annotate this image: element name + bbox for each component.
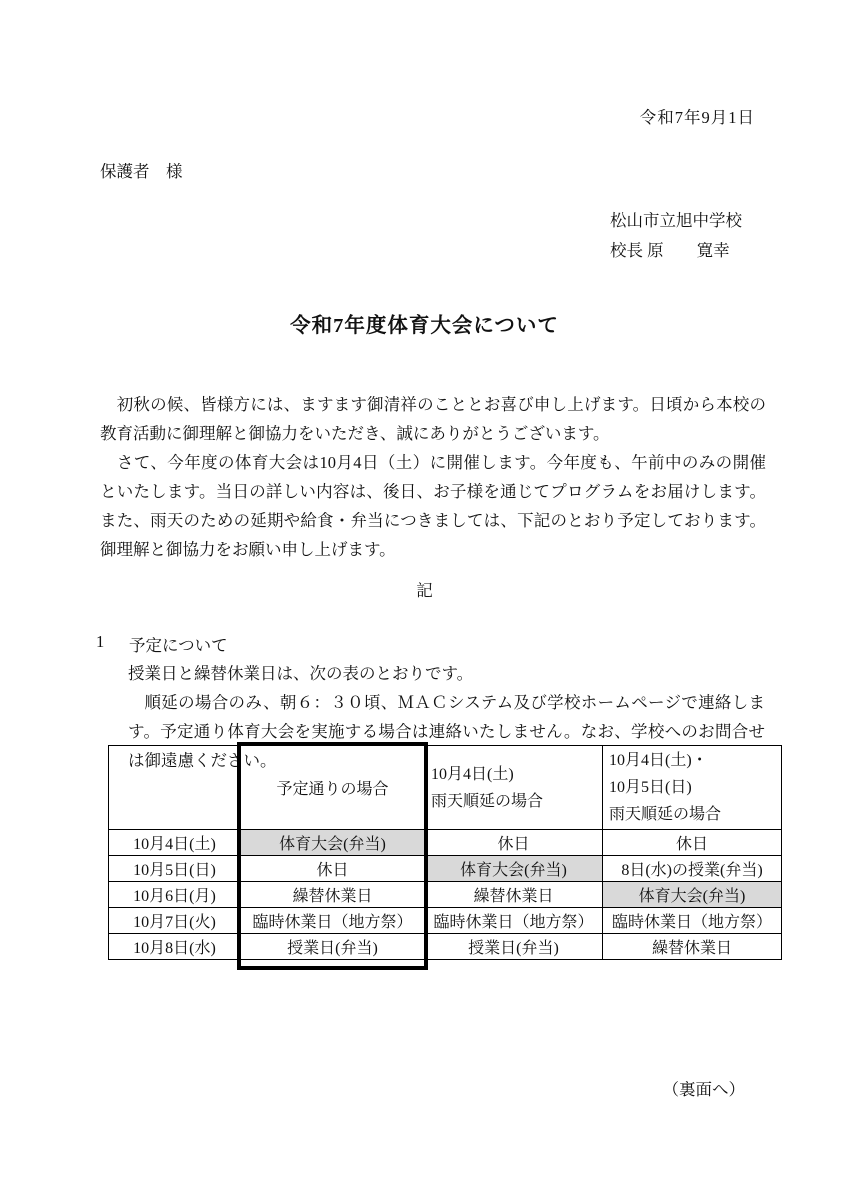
- date-cell: 10月8日(水): [109, 934, 241, 960]
- table-header-row: 予定通りの場合 10月4日(土) 雨天順延の場合 10月4日(土)・ 10月5日…: [109, 746, 782, 830]
- header-cell-rain-oct4-5: 10月4日(土)・ 10月5日(日) 雨天順延の場合: [603, 746, 782, 830]
- schedule-cell: 休日: [425, 830, 603, 856]
- schedule-cell: 繰替休業日: [241, 882, 425, 908]
- header-cell-rain-oct4: 10月4日(土) 雨天順延の場合: [425, 746, 603, 830]
- section-1-title: 予定について: [129, 632, 228, 656]
- date-cell: 10月6日(月): [109, 882, 241, 908]
- schedule-cell: 授業日(弁当): [241, 934, 425, 960]
- schedule-cell-highlight: 体育大会(弁当): [425, 856, 603, 882]
- table-row-oct6: 10月6日(月) 繰替休業日 繰替休業日 体育大会(弁当): [109, 882, 782, 908]
- date-cell: 10月4日(土): [109, 830, 241, 856]
- paragraph-greeting: 初秋の候、皆様方には、ますます御清祥のこととお喜び申し上げます。日頃から本校の教…: [100, 390, 766, 448]
- document-title: 令和7年度体育大会について: [0, 308, 849, 338]
- record-marker: 記: [0, 577, 849, 601]
- schedule-cell-highlight: 体育大会(弁当): [603, 882, 782, 908]
- sender-principal: 校長 原 寛幸: [610, 236, 742, 266]
- date-cell: 10月5日(日): [109, 856, 241, 882]
- footer-note: （裏面へ）: [663, 1076, 746, 1100]
- date-cell: 10月7日(火): [109, 908, 241, 934]
- document-date: 令和7年9月1日: [640, 104, 755, 128]
- header-cell-empty: [109, 746, 241, 830]
- table-row-oct5: 10月5日(日) 休日 体育大会(弁当) 8日(水)の授業(弁当): [109, 856, 782, 882]
- schedule-cell: 休日: [241, 856, 425, 882]
- section-1-heading: 1 予定について: [96, 632, 228, 656]
- schedule-cell: 授業日(弁当): [425, 934, 603, 960]
- schedule-cell: 繰替休業日: [603, 934, 782, 960]
- paragraph-main: さて、今年度の体育大会は10月4日（土）に開催します。今年度も、午前中のみの開催…: [100, 448, 766, 564]
- schedule-cell: 臨時休業日（地方祭）: [241, 908, 425, 934]
- recipient-line: 保護者 様: [100, 158, 183, 182]
- schedule-table: 予定通りの場合 10月4日(土) 雨天順延の場合 10月4日(土)・ 10月5日…: [108, 745, 782, 960]
- header-cell-on-schedule: 予定通りの場合: [241, 746, 425, 830]
- schedule-cell: 8日(水)の授業(弁当): [603, 856, 782, 882]
- schedule-table-wrap: 予定通りの場合 10月4日(土) 雨天順延の場合 10月4日(土)・ 10月5日…: [108, 745, 782, 960]
- table-row-oct7: 10月7日(火) 臨時休業日（地方祭） 臨時休業日（地方祭） 臨時休業日（地方祭…: [109, 908, 782, 934]
- schedule-cell-highlight: 体育大会(弁当): [241, 830, 425, 856]
- section-1-number: 1: [96, 632, 129, 656]
- schedule-cell: 休日: [603, 830, 782, 856]
- schedule-cell: 臨時休業日（地方祭）: [603, 908, 782, 934]
- table-row-oct4: 10月4日(土) 体育大会(弁当) 休日 休日: [109, 830, 782, 856]
- letter-page: 令和7年9月1日 保護者 様 松山市立旭中学校 校長 原 寛幸 令和7年度体育大…: [0, 0, 849, 1200]
- sender-block: 松山市立旭中学校 校長 原 寛幸: [610, 206, 742, 266]
- table-row-oct8: 10月8日(水) 授業日(弁当) 授業日(弁当) 繰替休業日: [109, 934, 782, 960]
- schedule-cell: 繰替休業日: [425, 882, 603, 908]
- sender-school: 松山市立旭中学校: [610, 206, 742, 236]
- schedule-cell: 臨時休業日（地方祭）: [425, 908, 603, 934]
- section-1-line1: 授業日と繰替休業日は、次の表のとおりです。: [128, 660, 473, 684]
